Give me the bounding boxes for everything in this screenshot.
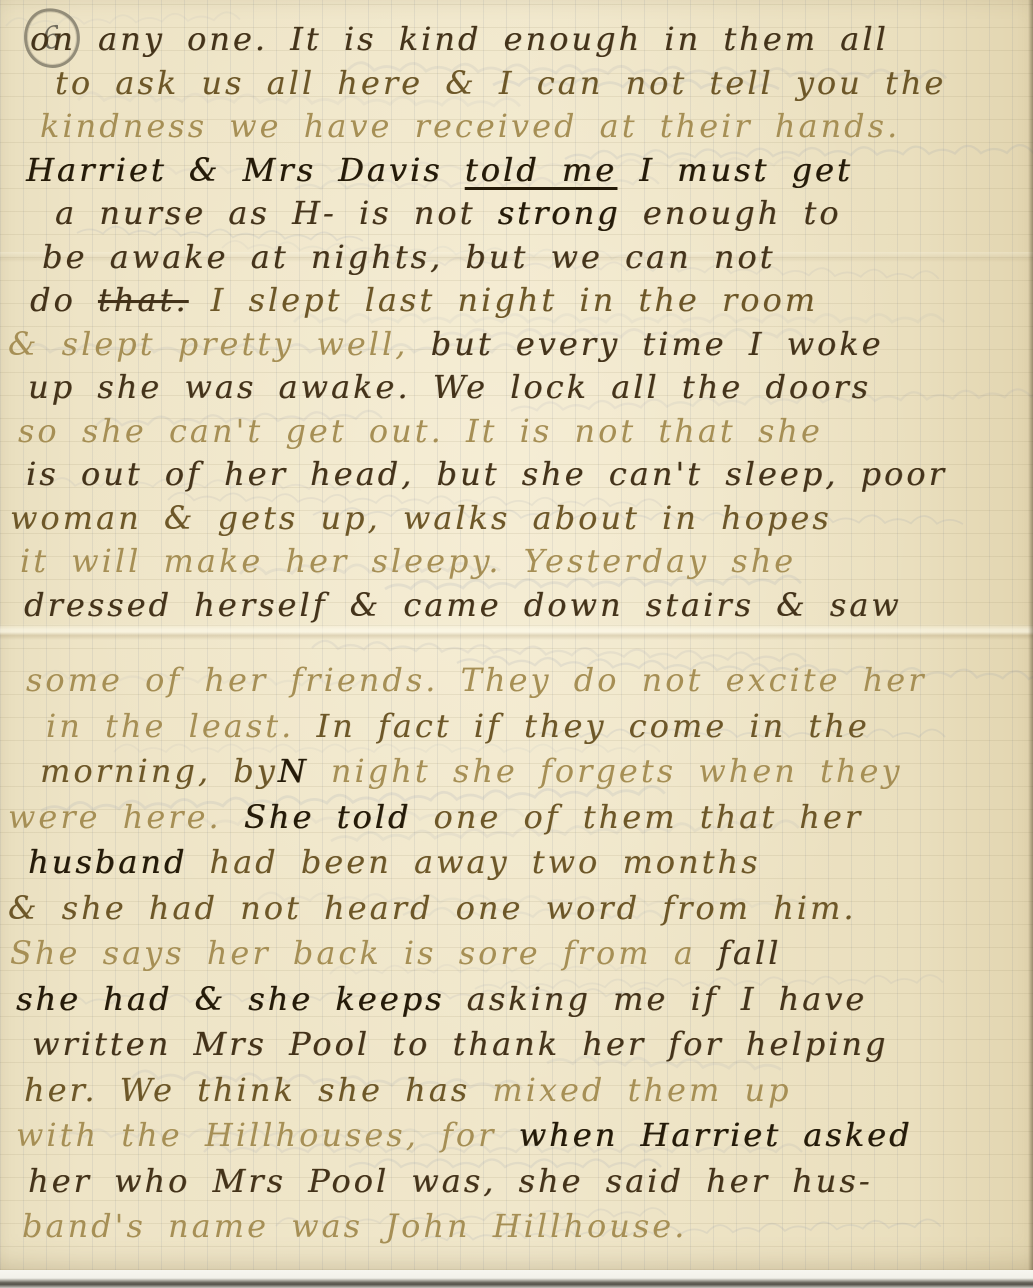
handwriting-segment: up she was awake. We lock all the doors (28, 368, 871, 406)
letter-line: she had & she keeps asking me if I have (0, 977, 1033, 1023)
letter-line: her. We think she has mixed them up (0, 1068, 1033, 1114)
handwriting-segment: with the Hillhouses, for (16, 1116, 519, 1154)
handwriting-segment: one of them that her (411, 798, 863, 836)
handwriting-segment: a nurse as H- is not (55, 194, 498, 232)
handwriting-segment: do (30, 281, 98, 319)
letter-line: do that. I slept last night in the room (0, 279, 1033, 323)
letter-line: & slept pretty well, but every time I wo… (0, 323, 1033, 367)
letter-line: up she was awake. We lock all the doors (0, 366, 1033, 410)
letter-line: morning, byN night she forgets when they (0, 749, 1033, 795)
scan-edge-bottom (0, 1270, 1033, 1288)
handwriting-segment: I must get (617, 151, 853, 189)
handwriting-segment: I slept last night in the room (189, 281, 819, 319)
handwriting-segment: written Mrs Pool to thank her for helpin… (32, 1025, 888, 1063)
letter-line: woman & gets up, walks about in hopes (0, 497, 1033, 541)
handwriting-segment: morning, by (40, 752, 278, 790)
handwriting-segment: when Harriet asked (519, 1116, 913, 1154)
handwriting-segment: on any one. It is kind enough in them al… (30, 20, 889, 58)
handwriting-segment: kindness we have received at their hands… (40, 107, 900, 145)
handwriting-segment: fall (718, 934, 781, 972)
handwriting-segment: it will make her sleepy. Yesterday she (20, 542, 796, 580)
handwriting-segment: dressed herself & came down stairs & saw (24, 586, 902, 624)
letter-line: her who Mrs Pool was, she said her hus- (0, 1159, 1033, 1205)
handwriting-segment: woman & gets up, walks about in hopes (10, 499, 832, 537)
letter-line: & she had not heard one word from him. (0, 886, 1033, 932)
letter-line: so she can't get out. It is not that she (0, 410, 1033, 454)
letter-paragraph: some of her friends. They do not excite … (0, 658, 1033, 1250)
handwriting-segment: is out of her head, but she can't sleep,… (26, 455, 947, 493)
handwriting-segment: mixed them up (492, 1071, 791, 1109)
letter-paragraph: on any one. It is kind enough in them al… (0, 18, 1033, 627)
handwriting-segment: & slept pretty well, (8, 325, 431, 363)
handwriting-segment: husband (28, 843, 187, 881)
handwriting-segment: enough to (621, 194, 842, 232)
scan-edge-right (1028, 0, 1033, 1270)
handwriting-segment: to ask us all here & I can not tell you … (55, 64, 946, 102)
handwriting-segment: had been away two months (187, 843, 760, 881)
letter-line: is out of her head, but she can't sleep,… (0, 453, 1033, 497)
handwriting-segment: but every time I woke (431, 325, 884, 363)
letter-line: a nurse as H- is not strong enough to (0, 192, 1033, 236)
handwriting-segment: band's name was John Hillhouse. (22, 1207, 687, 1245)
handwriting-segment: be awake at nights, but we can not (42, 238, 775, 276)
handwriting-segment: were here. (8, 798, 244, 836)
letter-line: be awake at nights, but we can not (0, 236, 1033, 280)
letter-page-scan: 6 on any one. It is kind enough in them … (0, 0, 1033, 1288)
handwriting-segment: she had & she keeps (16, 980, 444, 1018)
handwriting-segment: so she can't get out. It is not that she (18, 412, 823, 450)
letter-line: on any one. It is kind enough in them al… (0, 18, 1033, 62)
letter-line: band's name was John Hillhouse. (0, 1204, 1033, 1250)
handwriting-segment: her who Mrs Pool was, she said her hus- (28, 1162, 873, 1200)
letter-line: dressed herself & came down stairs & saw (0, 584, 1033, 628)
handwriting-segment: told me (465, 151, 617, 189)
handwriting-segment: & she had not heard one word from him. (8, 889, 857, 927)
letter-line: were here. She told one of them that her (0, 795, 1033, 841)
handwriting-segment: She told (244, 798, 411, 836)
letter-line: Harriet & Mrs Davis told me I must get (0, 149, 1033, 193)
handwriting-segment: asking me if I have (444, 980, 867, 1018)
handwriting-segment: night she forgets when they (309, 752, 903, 790)
handwriting-segment: her. We think she has (24, 1071, 492, 1109)
letter-line: kindness we have received at their hands… (0, 105, 1033, 149)
handwriting-segment: strong (498, 194, 621, 232)
handwriting-segment: Harriet & Mrs Davis (26, 151, 465, 189)
handwriting-segment: N (278, 752, 309, 790)
handwriting-segment: In fact if they come in the (316, 707, 869, 745)
handwriting-segment: some of her friends. They do not excite … (26, 661, 927, 699)
letter-line: it will make her sleepy. Yesterday she (0, 540, 1033, 584)
handwriting-segment: She says her back is sore from a (10, 934, 718, 972)
letter-line: written Mrs Pool to thank her for helpin… (0, 1022, 1033, 1068)
letter-line: in the least. In fact if they come in th… (0, 704, 1033, 750)
letter-line: to ask us all here & I can not tell you … (0, 62, 1033, 106)
handwriting-segment: in the least. (46, 707, 316, 745)
letter-line: husband had been away two months (0, 840, 1033, 886)
letter-line: some of her friends. They do not excite … (0, 658, 1033, 704)
letter-line: She says her back is sore from a fall (0, 931, 1033, 977)
letter-line: with the Hillhouses, for when Harriet as… (0, 1113, 1033, 1159)
handwriting-segment: that. (98, 281, 189, 319)
